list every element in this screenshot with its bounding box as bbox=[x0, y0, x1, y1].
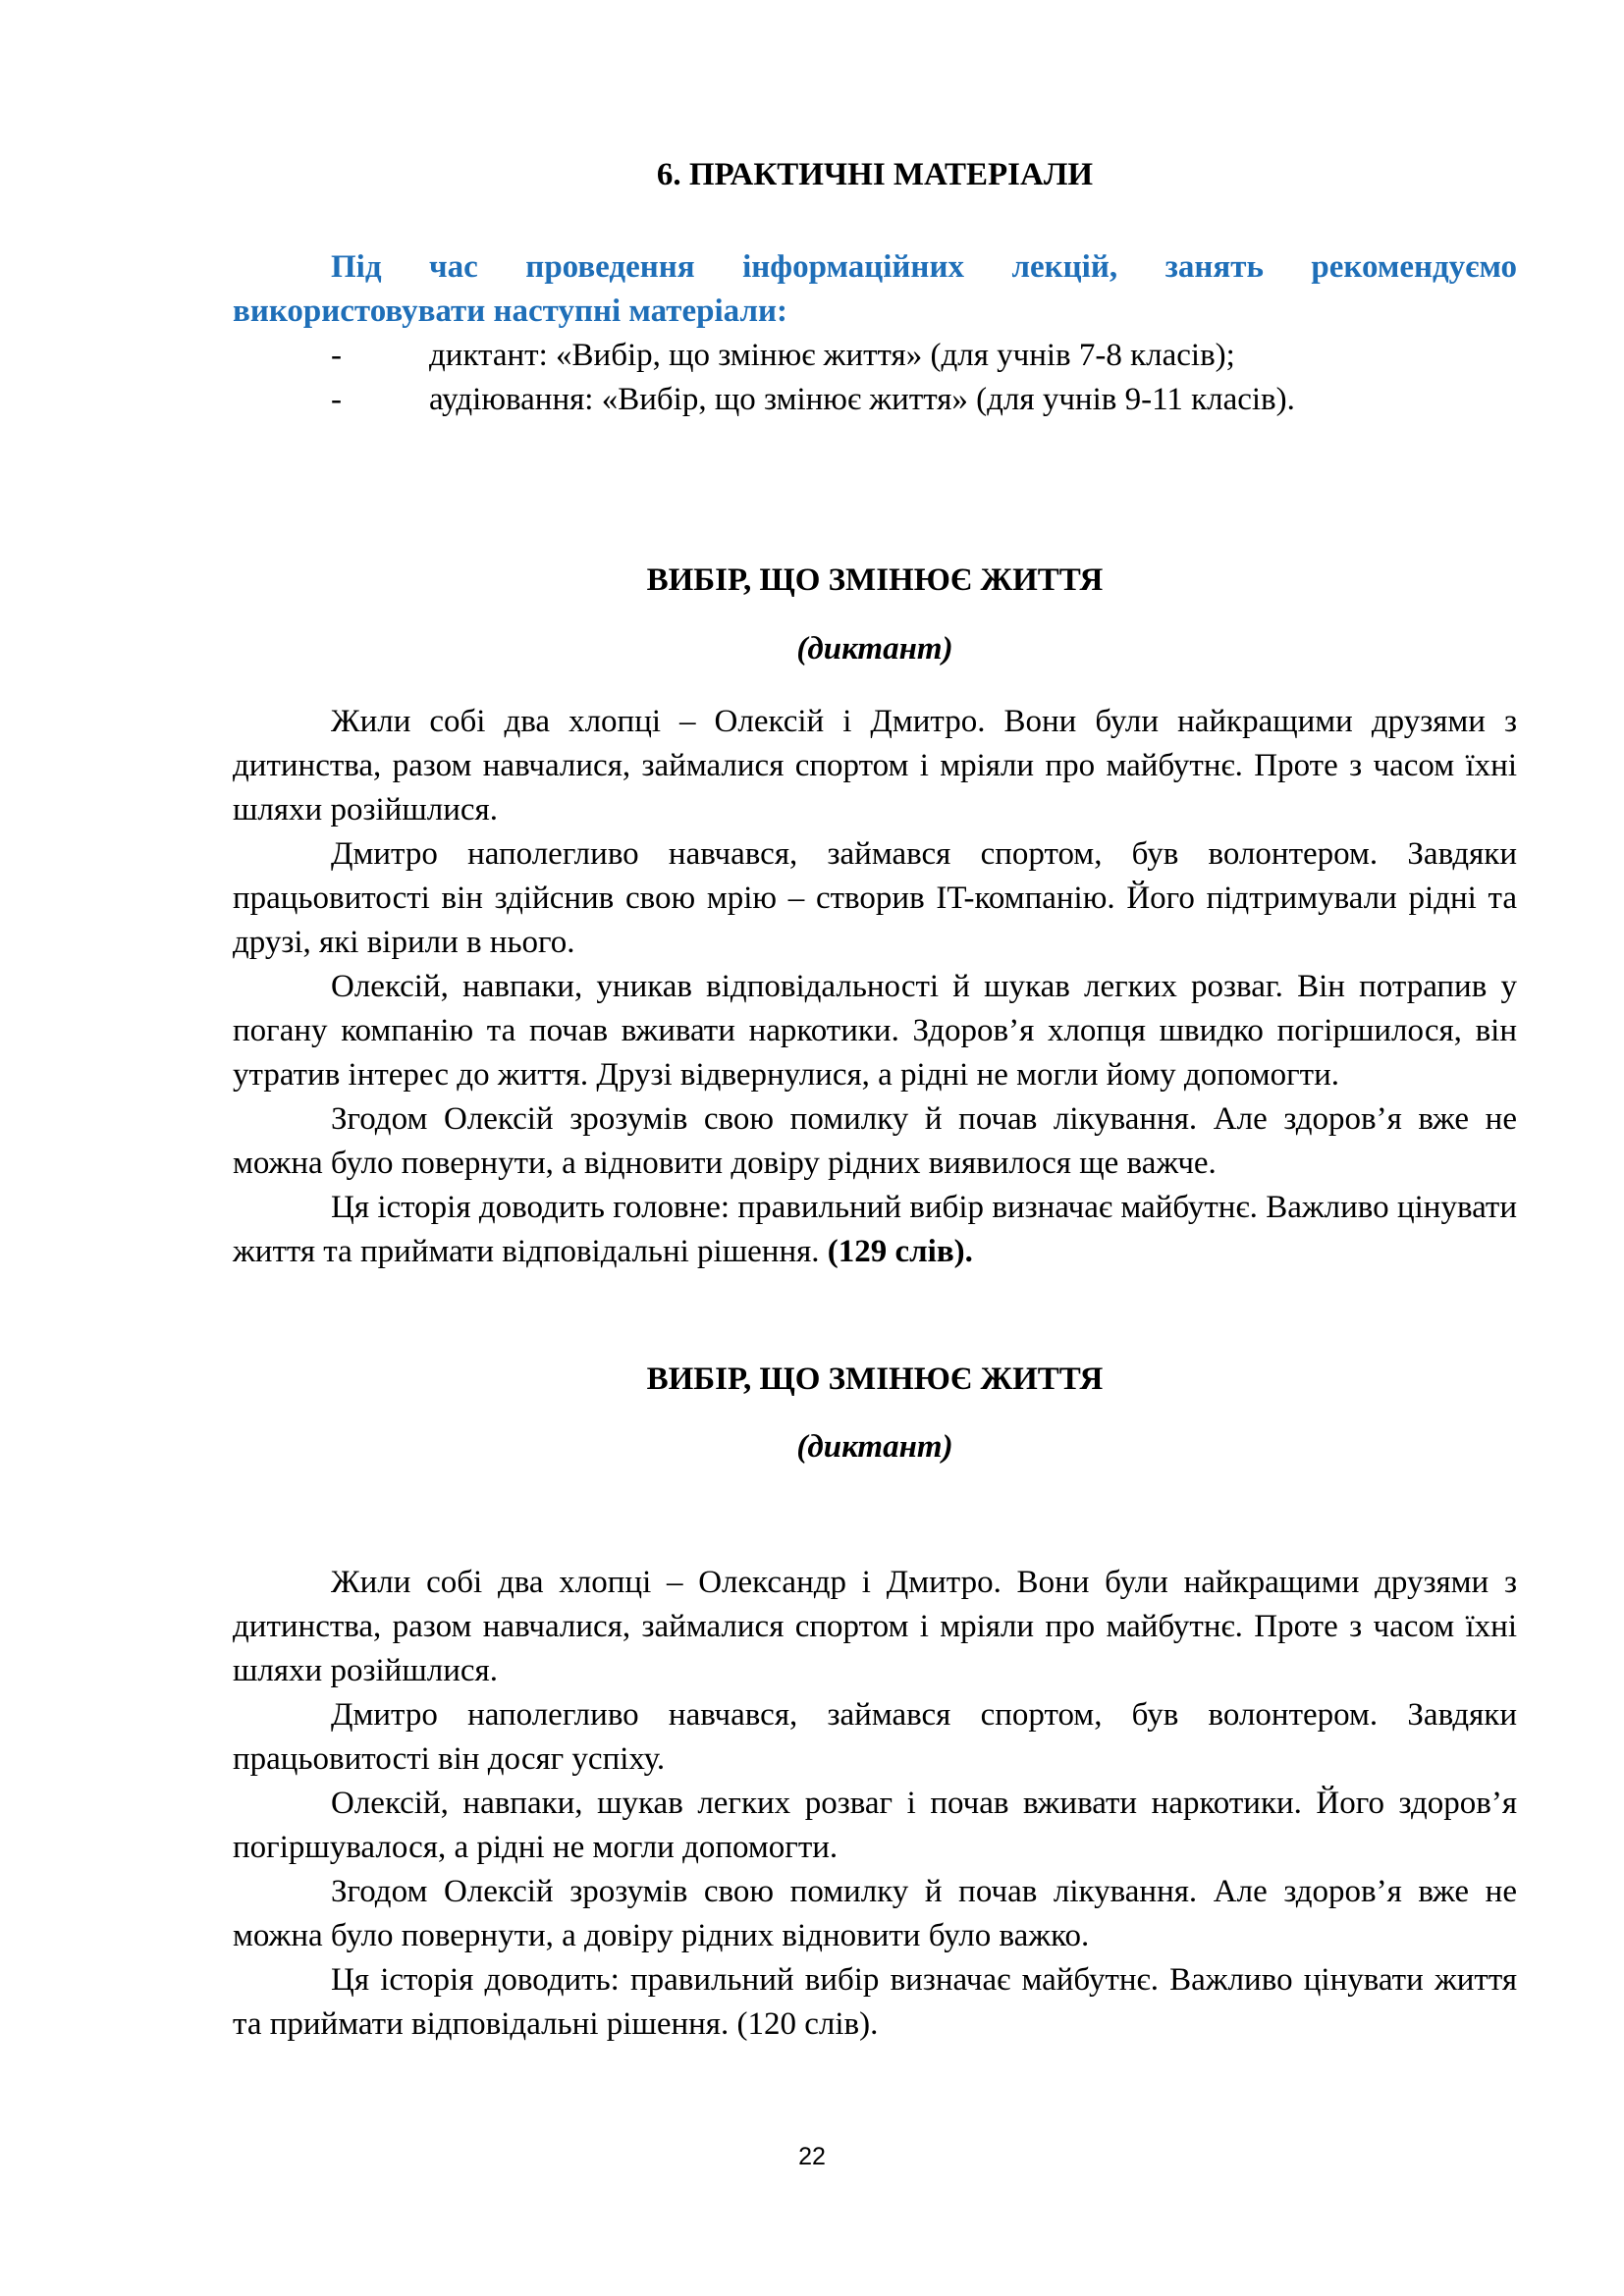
section-title: 6. ПРАКТИЧНІ МАТЕРІАЛИ bbox=[233, 157, 1517, 193]
list-item: - диктант: «Вибір, що змінює життя» (для… bbox=[233, 334, 1517, 378]
intro-paragraph: Під час проведення інформаційних лекцій,… bbox=[233, 245, 1517, 334]
list-item-text: аудіювання: «Вибір, що змінює життя» (дл… bbox=[429, 378, 1295, 422]
list-item-text: диктант: «Вибір, що змінює життя» (для у… bbox=[429, 334, 1235, 378]
paragraph: Згодом Олексій зрозумів свою помилку й п… bbox=[233, 1097, 1517, 1186]
list-item: - аудіювання: «Вибір, що змінює життя» (… bbox=[233, 378, 1517, 422]
paragraph: Згодом Олексій зрозумів свою помилку й п… bbox=[233, 1870, 1517, 1958]
paragraph: Дмитро наполегливо навчався, займався сп… bbox=[233, 1693, 1517, 1782]
dictation-title: ВИБІР, ЩО ЗМІНЮЄ ЖИТТЯ bbox=[233, 562, 1517, 599]
paragraph: Жили собі два хлопці – Олександр і Дмитр… bbox=[233, 1561, 1517, 1693]
paragraph: Жили собі два хлопці – Олексій і Дмитро.… bbox=[233, 700, 1517, 832]
dictation-body: Жили собі два хлопці – Олексій і Дмитро.… bbox=[233, 700, 1517, 1274]
list-marker: - bbox=[233, 334, 429, 378]
paragraph: Олексій, навпаки, уникав відповідальност… bbox=[233, 965, 1517, 1097]
list-marker: - bbox=[233, 378, 429, 422]
paragraph: Дмитро наполегливо навчався, займався сп… bbox=[233, 832, 1517, 965]
paragraph: Ця історія доводить: правильний вибір ви… bbox=[233, 1958, 1517, 2047]
dictation-subtitle: (диктант) bbox=[233, 631, 1517, 667]
dictation-body: Жили собі два хлопці – Олександр і Дмитр… bbox=[233, 1561, 1517, 2047]
dictation-subtitle: (диктант) bbox=[233, 1429, 1517, 1466]
intro-text: Під час проведення інформаційних лекцій,… bbox=[233, 245, 1517, 334]
page-number: 22 bbox=[0, 2143, 1624, 2171]
materials-list: - диктант: «Вибір, що змінює життя» (для… bbox=[233, 334, 1517, 422]
paragraph: Ця історія доводить головне: правильний … bbox=[233, 1186, 1517, 1274]
paragraph: Олексій, навпаки, шукав легких розваг і … bbox=[233, 1782, 1517, 1870]
word-count: (129 слів). bbox=[828, 1234, 973, 1269]
dictation-title: ВИБІР, ЩО ЗМІНЮЄ ЖИТТЯ bbox=[233, 1362, 1517, 1398]
